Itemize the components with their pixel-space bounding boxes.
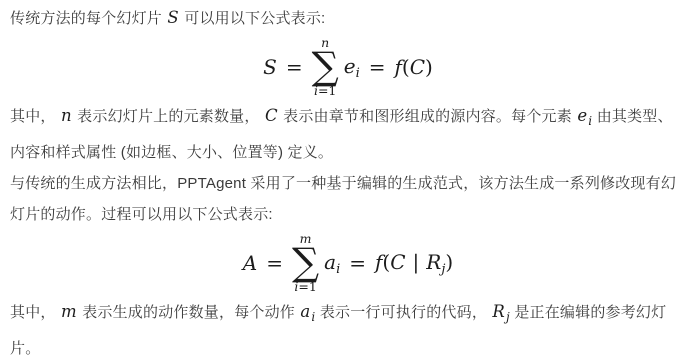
summand-e-i: ei (344, 54, 360, 81)
text-segment: 表示一行可执行的代码， (315, 304, 491, 321)
open-paren: ( (402, 55, 410, 79)
inline-math-base: a (299, 302, 311, 321)
inline-math-m: m (60, 302, 78, 321)
paragraph-pptagent-intro: 与传统的生成方法相比，PPTAgent 采用了一种基于编辑的生成范式，该方法生成… (10, 168, 686, 230)
summand-base: a (324, 250, 336, 274)
inline-math-a-i: ai (299, 304, 315, 321)
text-segment: 表示由章节和图形组成的源内容。每个元素 (279, 108, 577, 125)
close-paren: ) (445, 250, 453, 274)
text-segment: 与传统的生成方法相比，PPTAgent 采用了一种基于编辑的生成范式，该方法生成… (10, 175, 676, 223)
sum-lower-limit: i=1 (294, 281, 316, 294)
inline-math-n: n (60, 106, 73, 125)
equals-sign: = (349, 251, 366, 275)
function-expression-fC: f(C) (395, 55, 433, 79)
function-arg-C: C (390, 250, 405, 274)
paragraph-formula2-explanation: 其中， m 表示生成的动作数量，每个动作 ai 表示一行可执行的代码， Rj 是… (10, 296, 686, 363)
paragraph-traditional-intro: 传统方法的每个幻灯片 S 可以用以下公式表示: (10, 2, 686, 34)
function-arg-R: R (426, 250, 441, 274)
equals-sign: = (286, 55, 303, 79)
summand-subscript: i (356, 66, 360, 81)
sum-index-value: =1 (298, 279, 316, 294)
conditional-bar: | (413, 250, 420, 274)
close-paren: ) (425, 55, 433, 79)
formula-action-sequence: A = m ∑ i=1 ai = f(C|Rj) (10, 231, 686, 295)
function-name: f (395, 55, 402, 79)
summand-subscript: i (336, 262, 340, 277)
text-segment: 表示生成的动作数量，每个动作 (78, 304, 300, 321)
text-segment: 其中， (10, 108, 60, 125)
sigma-symbol: ∑ (312, 49, 339, 83)
sum-lower-limit: i=1 (314, 85, 336, 98)
equals-sign: = (266, 251, 283, 275)
inline-math-base: R (491, 302, 506, 321)
text-segment: 可以用以下公式表示: (180, 10, 326, 27)
inline-math-S: S (166, 8, 180, 27)
summation-operator: m ∑ i=1 (292, 233, 319, 294)
sigma-symbol: ∑ (292, 245, 319, 279)
text-segment: 传统方法的每个幻灯片 (10, 10, 166, 27)
summand-base: e (344, 54, 356, 78)
text-segment: 表示幻灯片上的元素数量， (73, 108, 264, 125)
paragraph-formula1-explanation: 其中， n 表示幻灯片上的元素数量， C 表示由章节和图形组成的源内容。每个元素… (10, 100, 686, 168)
inline-math-e-i: ei (576, 108, 592, 125)
text-segment: 其中， (10, 304, 60, 321)
document-body: 传统方法的每个幻灯片 S 可以用以下公式表示: S = n ∑ i=1 ei =… (0, 0, 698, 363)
equals-sign: = (369, 55, 386, 79)
inline-math-base: e (576, 106, 588, 125)
summation-operator: n ∑ i=1 (312, 37, 339, 98)
formula-slide-composition: S = n ∑ i=1 ei = f(C) (10, 35, 686, 99)
summand-a-i: ai (324, 250, 340, 277)
formula-lhs-A: A (243, 251, 257, 275)
inline-math-C: C (264, 106, 279, 125)
sum-index-value: =1 (318, 83, 336, 98)
function-arg-C: C (410, 55, 425, 79)
function-expression-fCRj: f(C|Rj) (375, 250, 453, 277)
inline-math-R-j: Rj (491, 304, 510, 321)
formula-lhs-S: S (263, 55, 277, 79)
